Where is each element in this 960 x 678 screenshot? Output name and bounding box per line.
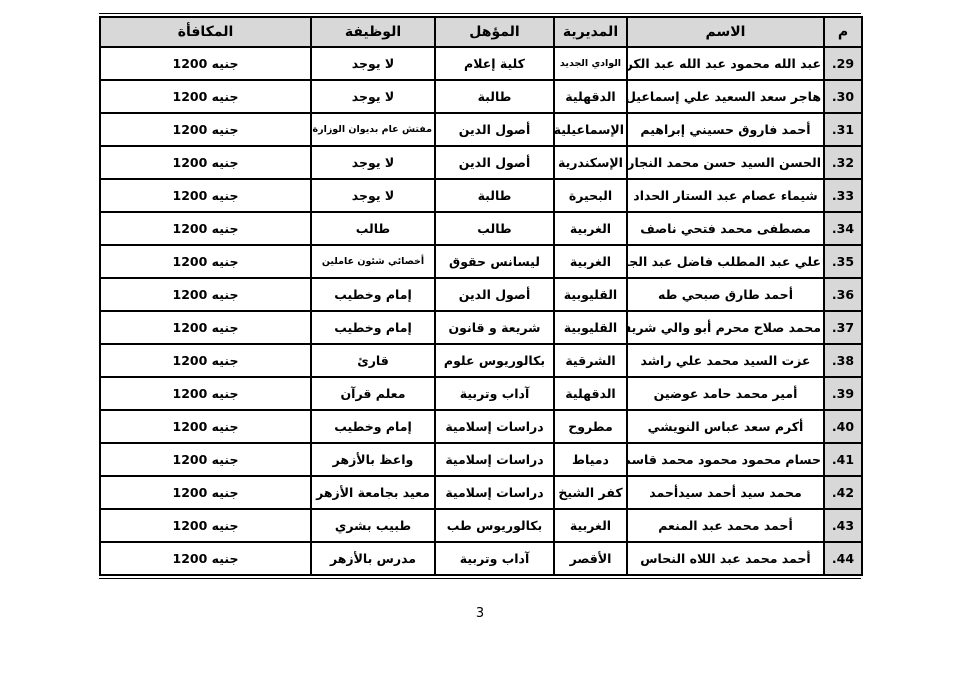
cell-bonus: 1200 جنيه [100, 542, 311, 575]
table-row: .41حسام محمود محمود محمد قاسمدمياطدراسات… [100, 443, 862, 476]
table-row: .34مصطفى محمد فتحي ناصفالغربيةطالبطالب12… [100, 212, 862, 245]
table-row: .36أحمد طارق صبحي طهالقليوبيةأصول الدينإ… [100, 278, 862, 311]
cell-job: قارئ [311, 344, 435, 377]
table-row: .30هاجر سعد السعيد علي إسماعيلالدقهليةطا… [100, 80, 862, 113]
cell-index: .40 [824, 410, 862, 443]
table-row: .39أمير محمد حامد عوضينالدقهليةآداب وترب… [100, 377, 862, 410]
document-page: م الاسم المديرية المؤهل الوظيفة المكافأة… [0, 0, 960, 678]
cell-bonus: 1200 جنيه [100, 146, 311, 179]
cell-bonus: 1200 جنيه [100, 245, 311, 278]
cell-name: أحمد فاروق حسيني إبراهيم [627, 113, 824, 146]
cell-bonus: 1200 جنيه [100, 113, 311, 146]
cell-directorate: كفر الشيخ [554, 476, 627, 509]
cell-bonus: 1200 جنيه [100, 443, 311, 476]
cell-directorate: الدقهلية [554, 80, 627, 113]
cell-qualification: شريعة و قانون [435, 311, 554, 344]
roster-table-wrap: م الاسم المديرية المؤهل الوظيفة المكافأة… [99, 13, 861, 579]
table-body: .29عبد الله محمود عبد الله عبد الكريمالو… [100, 47, 862, 575]
cell-qualification: بكالوريوس طب [435, 509, 554, 542]
cell-index: .42 [824, 476, 862, 509]
cell-qualification: آداب وتربية [435, 542, 554, 575]
cell-directorate: الغربية [554, 212, 627, 245]
cell-directorate: القليوبية [554, 311, 627, 344]
cell-job: لا يوجد [311, 47, 435, 80]
cell-qualification: أصول الدين [435, 278, 554, 311]
cell-job: لا يوجد [311, 146, 435, 179]
cell-name: أمير محمد حامد عوضين [627, 377, 824, 410]
cell-index: .31 [824, 113, 862, 146]
cell-name: أكرم سعد عباس النويشي [627, 410, 824, 443]
cell-qualification: دراسات إسلامية [435, 476, 554, 509]
cell-qualification: طالبة [435, 179, 554, 212]
cell-name: أحمد محمد عبد اللاه النحاس [627, 542, 824, 575]
cell-bonus: 1200 جنيه [100, 476, 311, 509]
cell-bonus: 1200 جنيه [100, 344, 311, 377]
cell-bonus: 1200 جنيه [100, 212, 311, 245]
cell-index: .37 [824, 311, 862, 344]
cell-index: .35 [824, 245, 862, 278]
cell-qualification: كلية إعلام [435, 47, 554, 80]
cell-name: مصطفى محمد فتحي ناصف [627, 212, 824, 245]
cell-index: .32 [824, 146, 862, 179]
cell-qualification: طالب [435, 212, 554, 245]
cell-job: واعظ بالأزهر [311, 443, 435, 476]
cell-job: معلم قرآن [311, 377, 435, 410]
cell-job: طالب [311, 212, 435, 245]
column-header-qualification: المؤهل [435, 17, 554, 47]
cell-bonus: 1200 جنيه [100, 311, 311, 344]
table-row: .40أكرم سعد عباس النويشيمطروحدراسات إسلا… [100, 410, 862, 443]
table-row: .32الحسن السيد حسن محمد النجارالإسكندرية… [100, 146, 862, 179]
column-header-bonus: المكافأة [100, 17, 311, 47]
cell-directorate: الغربية [554, 509, 627, 542]
column-header-name: الاسم [627, 17, 824, 47]
cell-directorate: مطروح [554, 410, 627, 443]
cell-bonus: 1200 جنيه [100, 47, 311, 80]
cell-index: .43 [824, 509, 862, 542]
page-number: 3 [0, 606, 960, 621]
cell-job: إمام وخطيب [311, 410, 435, 443]
cell-qualification: آداب وتربية [435, 377, 554, 410]
cell-directorate: الأقصر [554, 542, 627, 575]
cell-index: .30 [824, 80, 862, 113]
cell-index: .44 [824, 542, 862, 575]
cell-index: .39 [824, 377, 862, 410]
cell-bonus: 1200 جنيه [100, 80, 311, 113]
cell-name: شيماء عصام عبد الستار الحداد [627, 179, 824, 212]
cell-job: إمام وخطيب [311, 278, 435, 311]
cell-index: .33 [824, 179, 862, 212]
cell-job: لا يوجد [311, 179, 435, 212]
cell-index: .38 [824, 344, 862, 377]
cell-name: عزت السيد محمد علي راشد [627, 344, 824, 377]
cell-job: أخصائي شئون عاملين [311, 245, 435, 278]
cell-directorate: الوادي الجديد [554, 47, 627, 80]
cell-bonus: 1200 جنيه [100, 179, 311, 212]
table-row: .42محمد سيد أحمد سيدأحمدكفر الشيخدراسات … [100, 476, 862, 509]
cell-directorate: البحيرة [554, 179, 627, 212]
cell-name: الحسن السيد حسن محمد النجار [627, 146, 824, 179]
cell-job: طبيب بشري [311, 509, 435, 542]
table-row: .38عزت السيد محمد علي راشدالشرقيةبكالوري… [100, 344, 862, 377]
cell-job: معيد بجامعة الأزهر [311, 476, 435, 509]
table-row: .29عبد الله محمود عبد الله عبد الكريمالو… [100, 47, 862, 80]
cell-qualification: بكالوريوس علوم [435, 344, 554, 377]
cell-directorate: الدقهلية [554, 377, 627, 410]
cell-bonus: 1200 جنيه [100, 377, 311, 410]
table-row: .43أحمد محمد عبد المنعمالغربيةبكالوريوس … [100, 509, 862, 542]
header-row: م الاسم المديرية المؤهل الوظيفة المكافأة [100, 17, 862, 47]
cell-bonus: 1200 جنيه [100, 278, 311, 311]
cell-qualification: أصول الدين [435, 113, 554, 146]
table-row: .33شيماء عصام عبد الستار الحدادالبحيرةطا… [100, 179, 862, 212]
column-header-directorate: المديرية [554, 17, 627, 47]
cell-index: .29 [824, 47, 862, 80]
cell-index: .36 [824, 278, 862, 311]
cell-job: مدرس بالأزهر [311, 542, 435, 575]
column-header-job: الوظيفة [311, 17, 435, 47]
cell-name: هاجر سعد السعيد علي إسماعيل [627, 80, 824, 113]
cell-qualification: أصول الدين [435, 146, 554, 179]
cell-job: لا يوجد [311, 80, 435, 113]
table-row: .35علي عبد المطلب فاضل عبد الجوادالغربية… [100, 245, 862, 278]
cell-directorate: الشرقية [554, 344, 627, 377]
cell-name: أحمد محمد عبد المنعم [627, 509, 824, 542]
cell-index: .34 [824, 212, 862, 245]
cell-name: حسام محمود محمود محمد قاسم [627, 443, 824, 476]
cell-directorate: القليوبية [554, 278, 627, 311]
table-row: .37محمد صلاح محرم أبو والي شريفالقليوبية… [100, 311, 862, 344]
cell-name: أحمد طارق صبحي طه [627, 278, 824, 311]
cell-directorate: الغربية [554, 245, 627, 278]
table-row: .44أحمد محمد عبد اللاه النحاسالأقصرآداب … [100, 542, 862, 575]
cell-job: إمام وخطيب [311, 311, 435, 344]
cell-bonus: 1200 جنيه [100, 410, 311, 443]
cell-name: عبد الله محمود عبد الله عبد الكريم [627, 47, 824, 80]
cell-name: محمد صلاح محرم أبو والي شريف [627, 311, 824, 344]
cell-qualification: ليسانس حقوق [435, 245, 554, 278]
cell-qualification: طالبة [435, 80, 554, 113]
cell-job: مفتش عام بديوان الوزارة [311, 113, 435, 146]
cell-name: محمد سيد أحمد سيدأحمد [627, 476, 824, 509]
cell-qualification: دراسات إسلامية [435, 410, 554, 443]
cell-name: علي عبد المطلب فاضل عبد الجواد [627, 245, 824, 278]
roster-table: م الاسم المديرية المؤهل الوظيفة المكافأة… [99, 16, 863, 576]
cell-directorate: الإسماعيلية [554, 113, 627, 146]
cell-directorate: الإسكندرية [554, 146, 627, 179]
cell-directorate: دمياط [554, 443, 627, 476]
table-row: .31أحمد فاروق حسيني إبراهيمالإسماعيليةأص… [100, 113, 862, 146]
column-header-index: م [824, 17, 862, 47]
cell-index: .41 [824, 443, 862, 476]
cell-bonus: 1200 جنيه [100, 509, 311, 542]
cell-qualification: دراسات إسلامية [435, 443, 554, 476]
